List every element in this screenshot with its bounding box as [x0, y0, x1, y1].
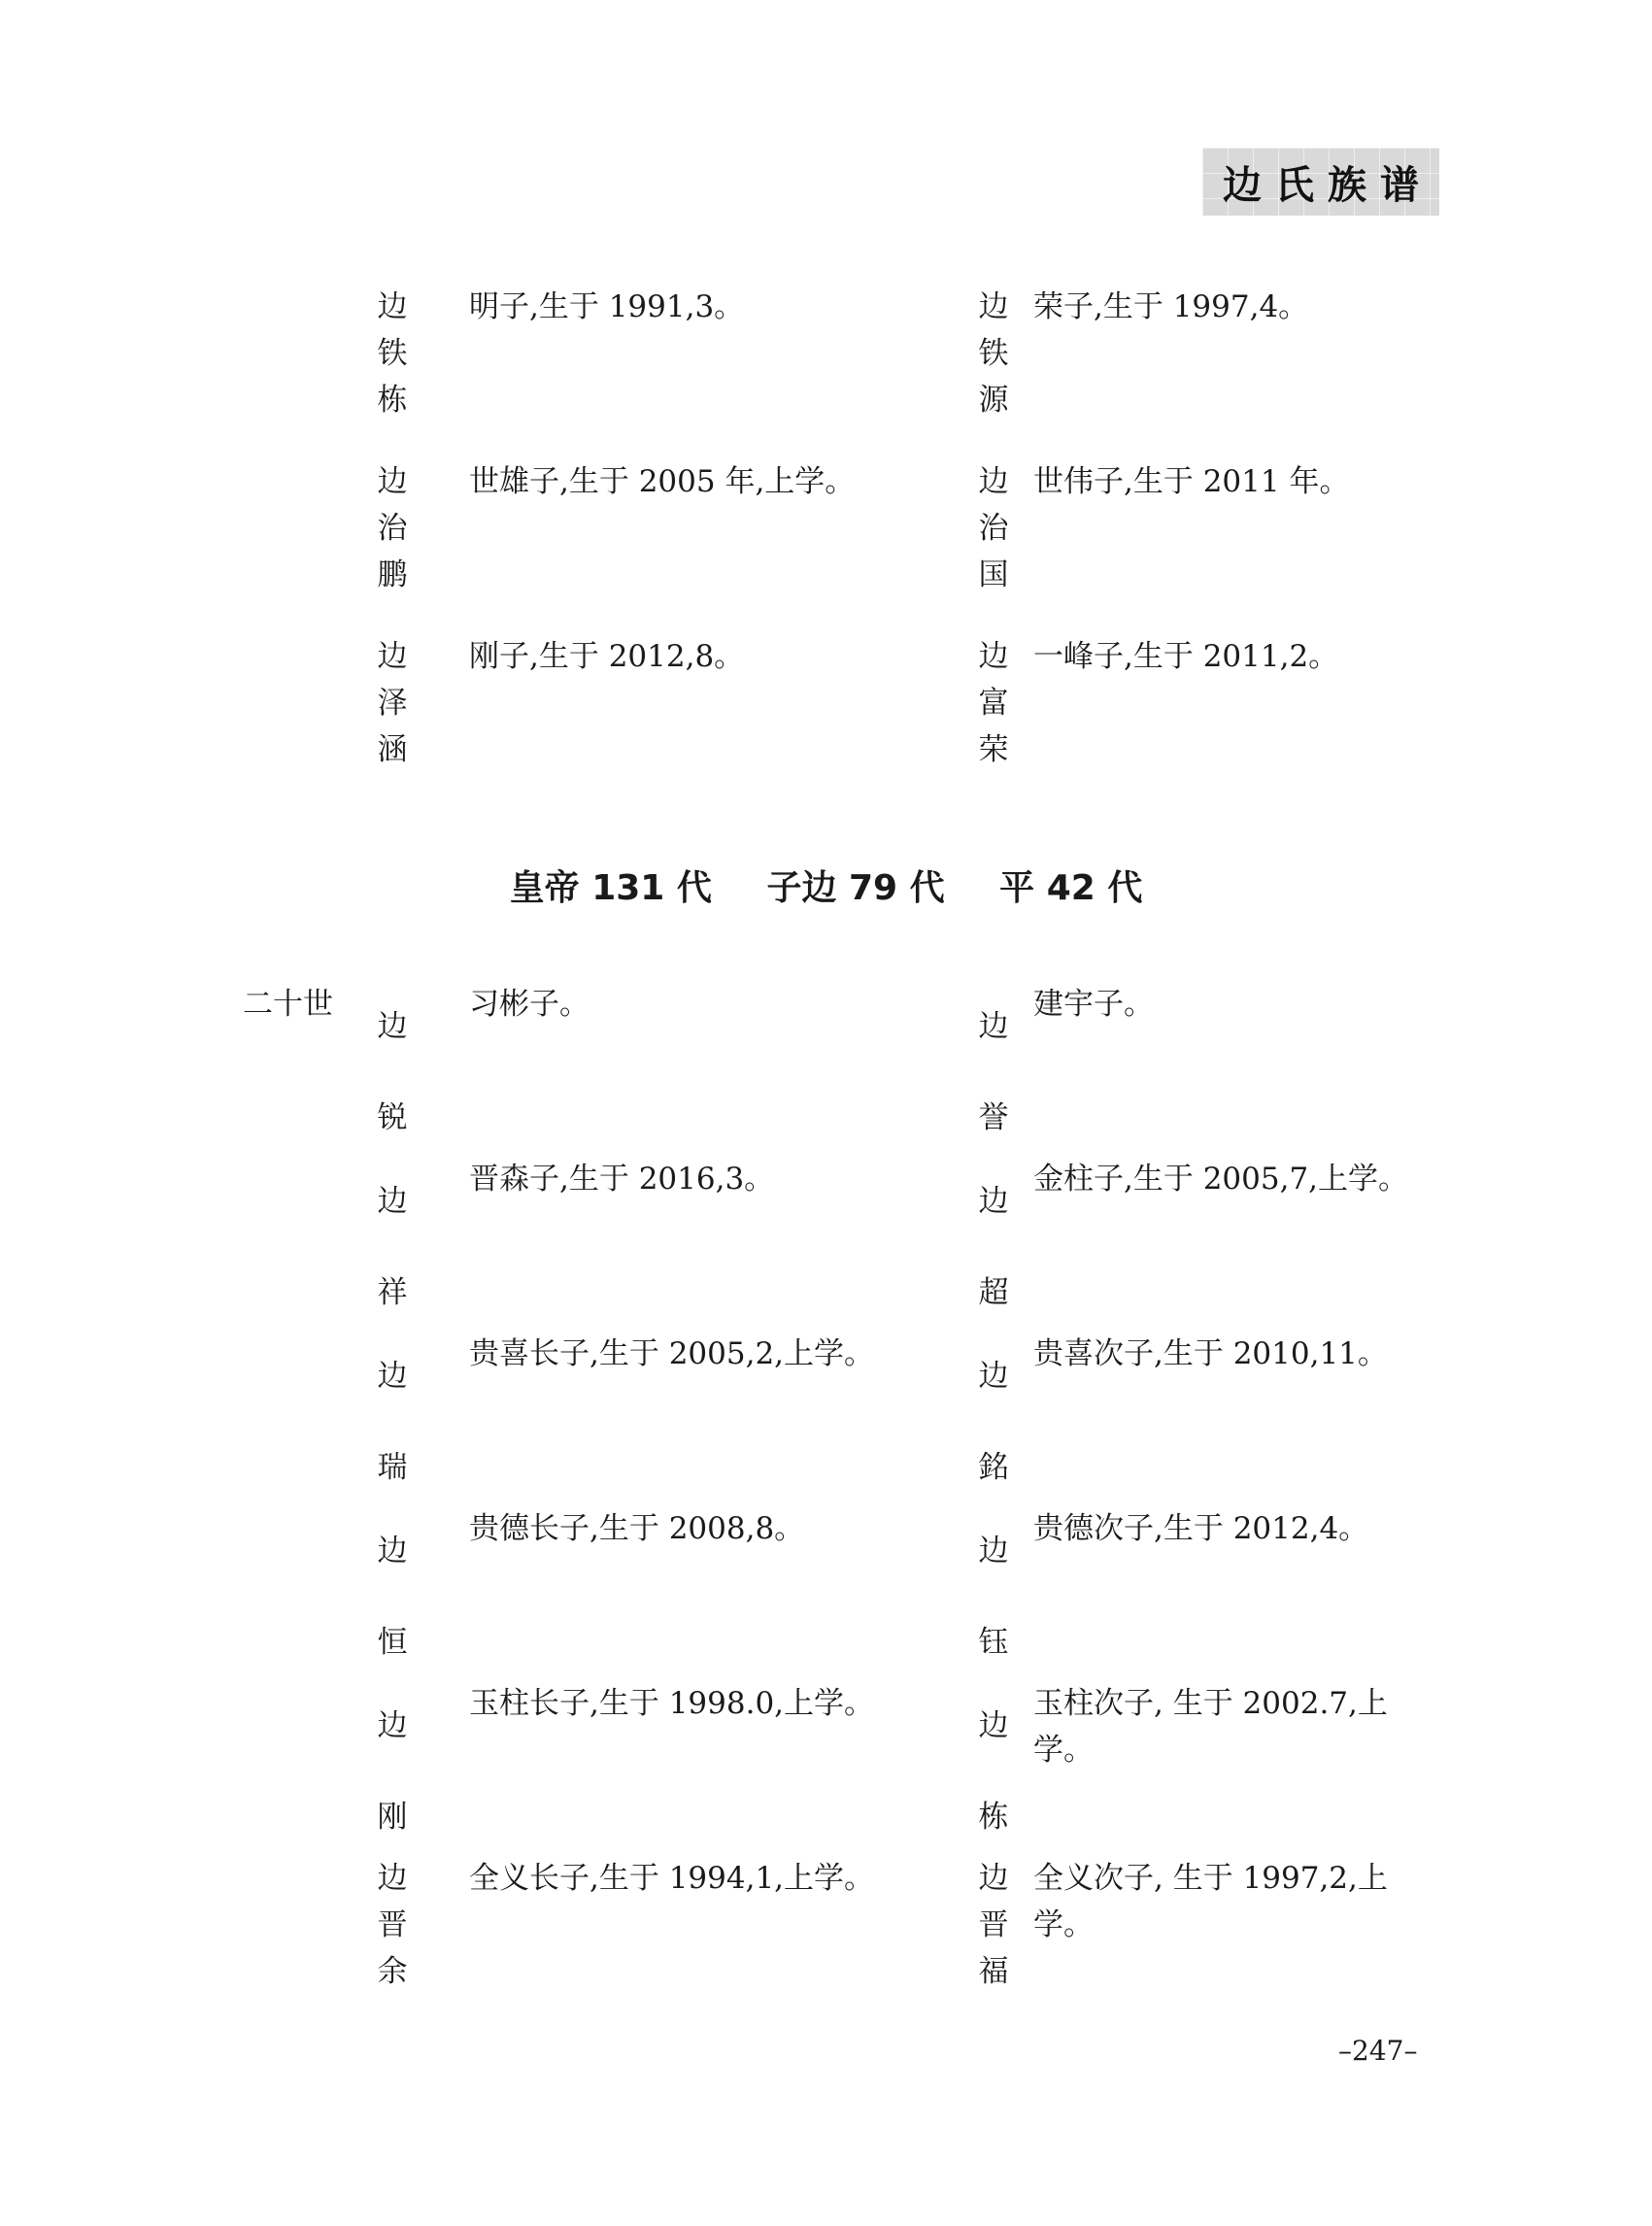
entry-name: 边 誉: [974, 981, 1013, 1164]
heading-part-ping: 平 42 代: [999, 868, 1142, 908]
entry-description: 刚子,生于 2012,8。: [469, 633, 744, 680]
entry-name: 边 钰: [974, 1505, 1013, 1688]
heading-part-emperor: 皇帝 131 代: [510, 868, 712, 908]
entry-description: 一峰子,生于 2011,2。: [1033, 633, 1338, 680]
entry-name: 边 治 国: [974, 458, 1013, 598]
header-title: 边氏族谱: [1209, 154, 1433, 210]
entry-name: 边 超: [974, 1156, 1013, 1338]
entry-name: 边 治 鹏: [373, 458, 412, 598]
entry-description: 金柱子,生于 2005,7,上学。: [1033, 1156, 1408, 1202]
entry-description: 贵德长子,生于 2008,8。: [469, 1505, 804, 1552]
entry-description: 玉柱长子,生于 1998.0,上学。: [469, 1680, 874, 1727]
entry-description: 建宇子。: [1033, 981, 1154, 1028]
entry-name: 边 晋 福: [974, 1855, 1013, 1995]
entry-name: 边 铁 栋: [373, 284, 412, 423]
entry-description: 全义长子,生于 1994,1,上学。: [469, 1855, 874, 1902]
entry-name: 边 铁 源: [974, 284, 1013, 423]
entry-name: 边 恒: [373, 1505, 412, 1688]
entry-description: 贵德次子,生于 2012,4。: [1033, 1505, 1368, 1552]
heading-part-zibian: 子边 79 代: [766, 868, 944, 908]
entry-name: 边 刚: [373, 1680, 412, 1863]
entry-description: 世雄子,生于 2005 年,上学。: [469, 458, 855, 505]
entry-name: 边 銘: [974, 1331, 1013, 1513]
entry-description: 世伟子,生于 2011 年。: [1033, 458, 1349, 505]
section-heading: 皇帝 131 代 子边 79 代 平 42 代: [0, 864, 1652, 913]
entry-name: 边 瑞: [373, 1331, 412, 1513]
entry-description: 晋森子,生于 2016,3。: [469, 1156, 774, 1202]
header-banner: 边氏族谱: [1202, 148, 1439, 216]
entry-name: 边 栋: [974, 1680, 1013, 1863]
entry-description: 玉柱次子, 生于 2002.7,上学。: [1033, 1680, 1441, 1773]
entry-name: 边 富 荣: [974, 633, 1013, 773]
entry-name: 边 祥: [373, 1156, 412, 1338]
entry-description: 明子,生于 1991,3。: [469, 284, 744, 330]
entry-description: 习彬子。: [469, 981, 590, 1028]
entry-name: 边 晋 余: [373, 1855, 412, 1995]
entry-name: 边 泽 涵: [373, 633, 412, 773]
entry-description: 贵喜次子,生于 2010,11。: [1033, 1331, 1388, 1377]
entry-description: 全义次子, 生于 1997,2,上学。: [1033, 1855, 1441, 1948]
entry-description: 贵喜长子,生于 2005,2,上学。: [469, 1331, 874, 1377]
entry-description: 荣子,生于 1997,4。: [1033, 284, 1308, 330]
entry-name: 边 锐: [373, 981, 412, 1164]
page-number: –247–: [1338, 2032, 1417, 2071]
generation-label: 二十世: [243, 981, 333, 1028]
